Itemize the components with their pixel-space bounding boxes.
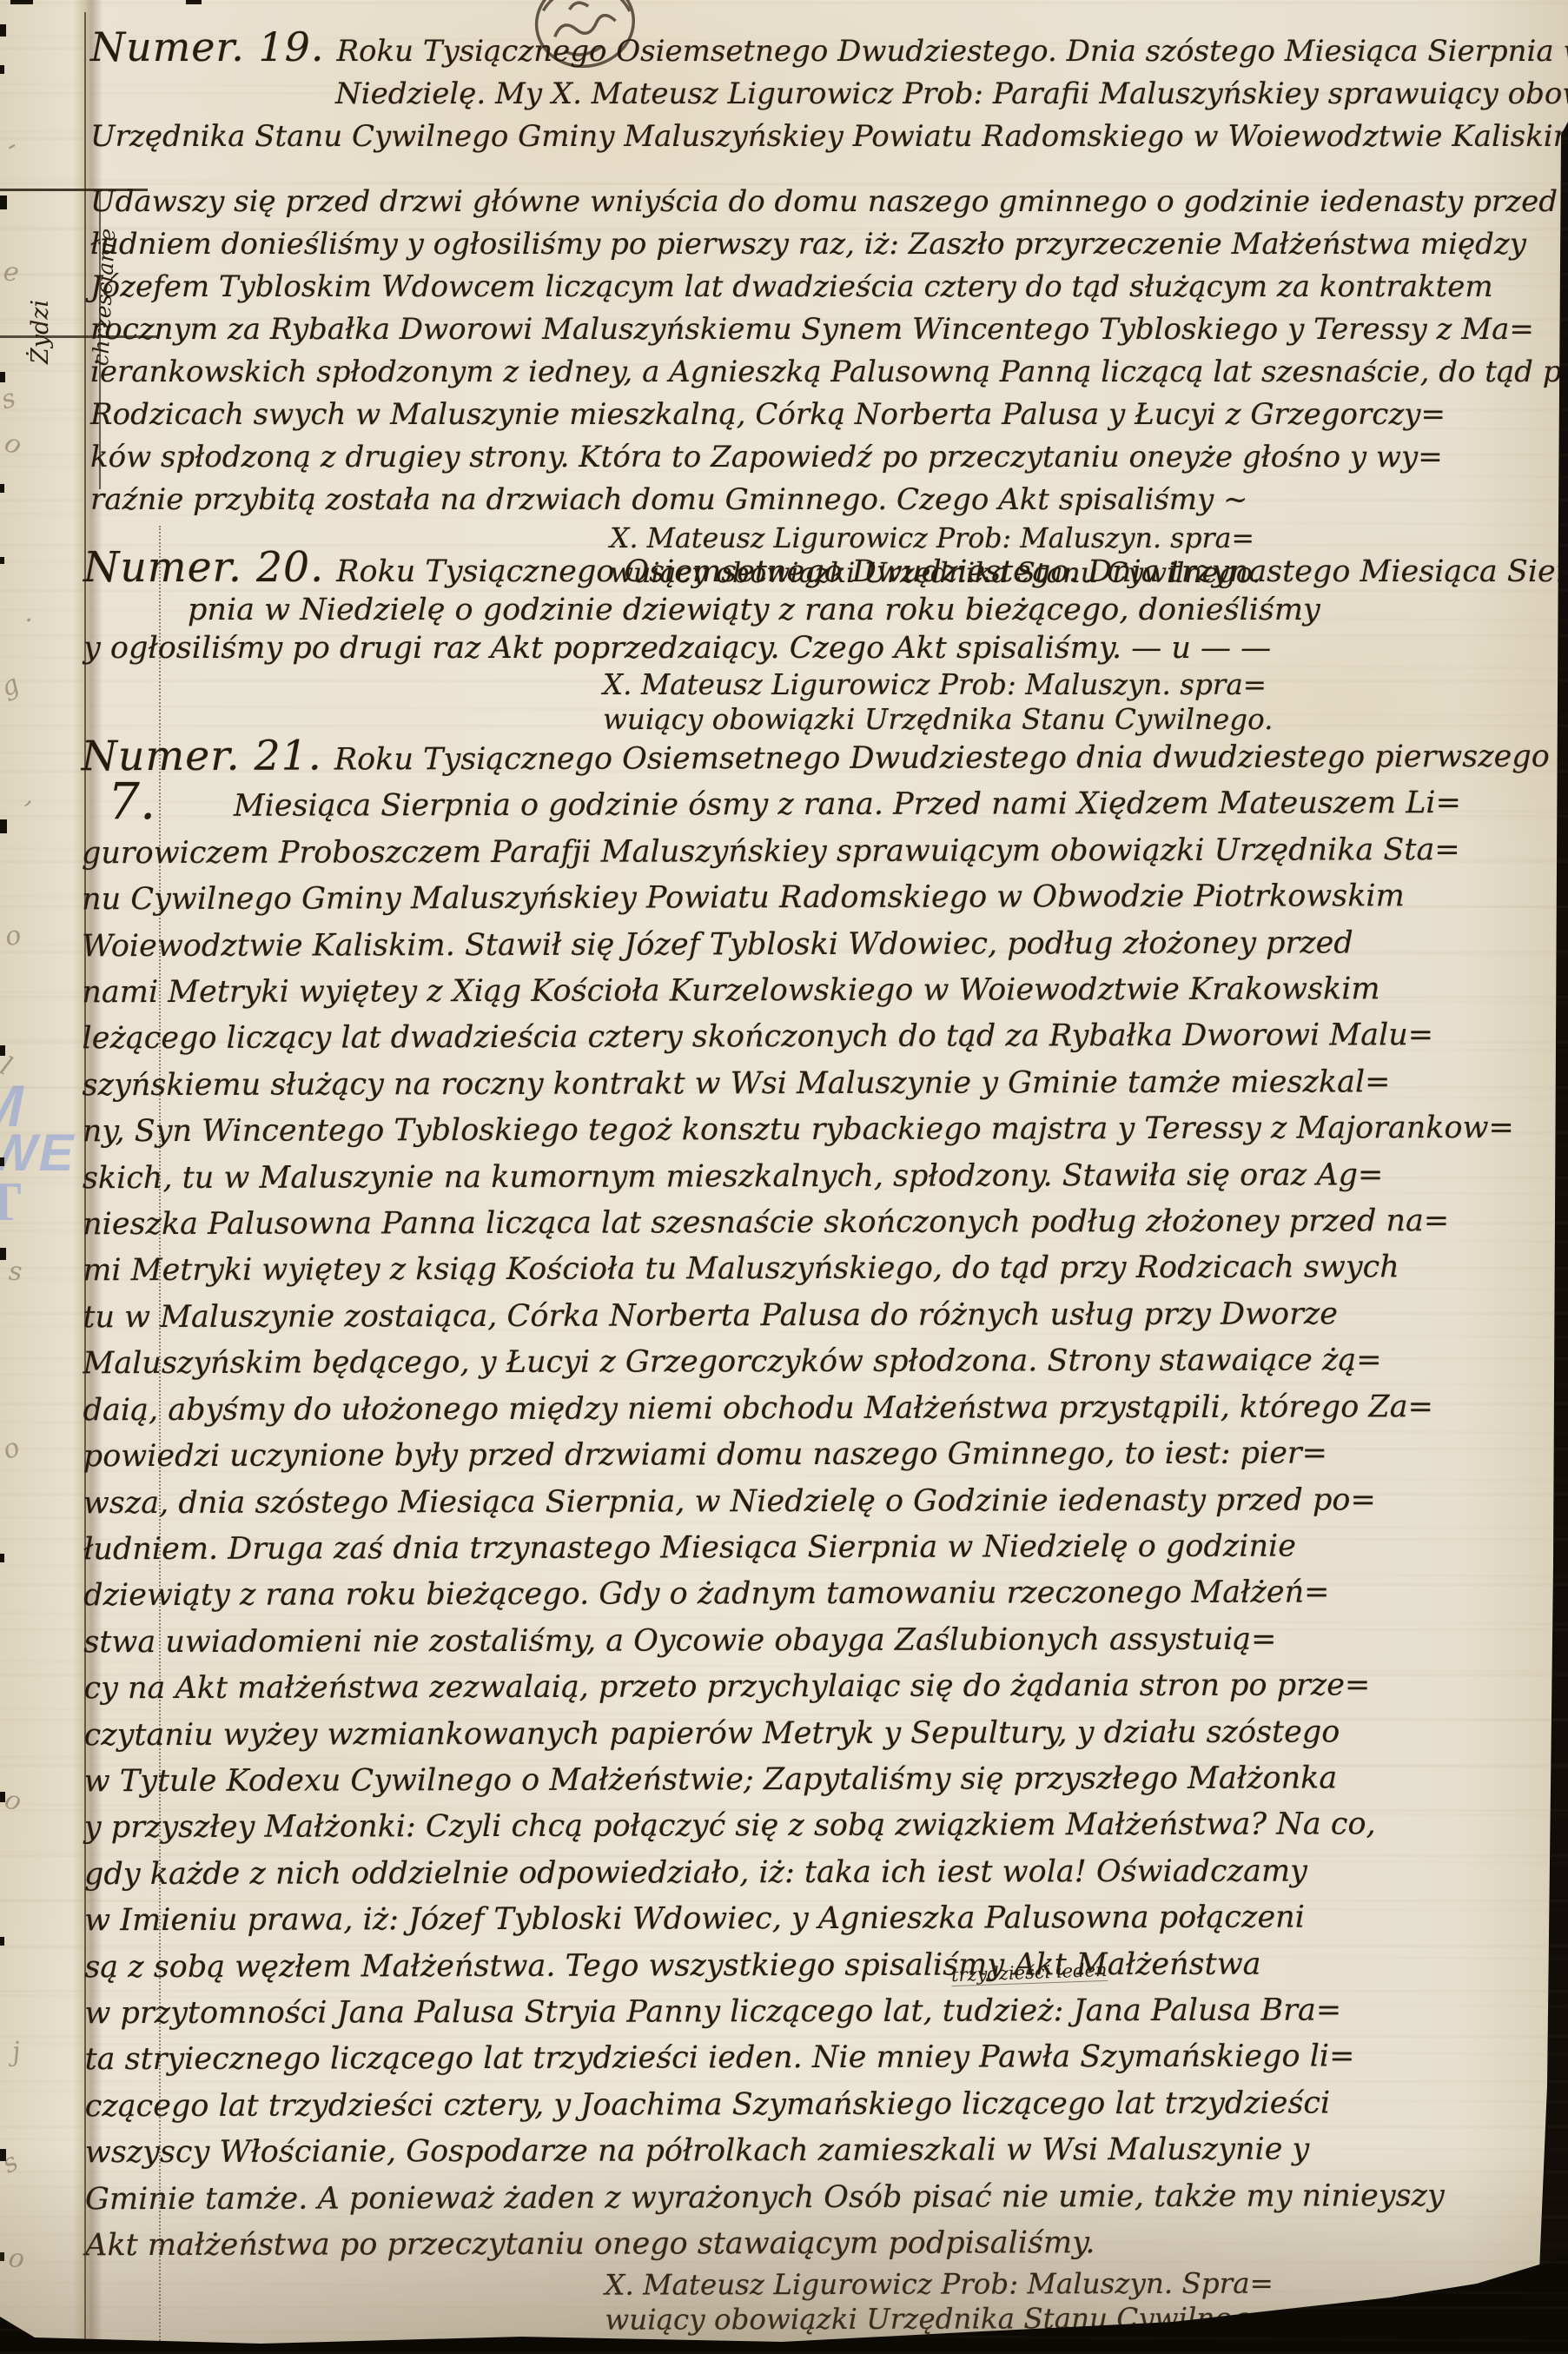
entry-number-label: Numer. 21.	[82, 732, 334, 780]
bleedthrough-glyph: o	[7, 2243, 27, 2275]
bleedthrough-glyph: o	[3, 920, 23, 953]
manuscript-line: cy na Akt małżeństwa zezwalaią, przeto p…	[83, 1662, 1560, 1713]
entry-number-label: Numer. 20.	[83, 544, 336, 592]
manuscript-line: ny, Syn Wincentego Tybloskiego tegoż kon…	[83, 1105, 1559, 1156]
manuscript-line: Józefem Tybloskim Wdowcem liczącym lat d…	[90, 266, 1567, 308]
bleedthrough-glyph: g	[0, 669, 24, 704]
manuscript-line: Gminie tamże. A ponieważ żaden z wyrażon…	[85, 2172, 1562, 2223]
manuscript-line: X. Mateusz Ligurowicz Prob: Maluszyn. sp…	[83, 667, 1560, 702]
manuscript-line: nu Cywilnego Gminy Maluszyńskiey Powiatu…	[82, 873, 1558, 924]
manuscript-line: czytaniu wyżey wzmiankowanych papierów M…	[84, 1708, 1561, 1759]
edge-tick	[0, 1554, 4, 1562]
manuscript-line: szyńskiemu służący na roczny kontrakt w …	[83, 1059, 1559, 1110]
entry-numer-20: Numer. 20.Roku Tysiącznego Osiemsetnego …	[83, 549, 1560, 737]
manuscript-line: czącego lat trzydzieści cztery, y Joachi…	[85, 2080, 1562, 2131]
manuscript-line: są z sobą węzłem Małżeństwa. Tego wszyst…	[84, 1940, 1561, 1991]
bleedthrough-glyph: e	[2, 256, 21, 288]
manuscript-line: łudniem donieśliśmy y ogłosiliśmy po pie…	[90, 223, 1567, 266]
bleedthrough-glyph: j	[10, 2037, 22, 2068]
manuscript-line: Niedzielę. My X. Mateusz Ligurowicz Prob…	[90, 73, 1567, 116]
edge-tick	[0, 1792, 5, 1802]
manuscript-line: ierankowskich spłodzonym z iedney, a Agn…	[90, 351, 1567, 394]
manuscript-line: Rodzicach swych w Maluszynie mieszkalną,…	[90, 394, 1567, 436]
manuscript-line: gurowiczem Proboszczem Parafji Maluszyńs…	[82, 827, 1558, 878]
margin-label-zydzi: Żydzi	[27, 300, 54, 364]
entry-number-label: Numer. 19.	[90, 23, 336, 70]
edge-tick	[0, 2149, 6, 2161]
manuscript-line: Maluszyńskim będącego, y Łucyi z Grzegor…	[83, 1337, 1559, 1388]
register-page: Żydzi chrzescianie 7. M WE T Numer. 19.R…	[0, 0, 1568, 2354]
watermark-fragment-3: T	[0, 1170, 23, 1234]
edge-tick	[0, 1937, 4, 1946]
manuscript-line: stwa uwiadomieni nie zostaliśmy, a Oycow…	[83, 1615, 1560, 1666]
manuscript-line: raźnie przybitą została na drzwiach domu…	[90, 479, 1567, 521]
edge-tick	[0, 1157, 4, 1166]
manuscript-line: łudniem. Druga zaś dnia trzynastego Mies…	[83, 1523, 1560, 1574]
top-edge-artifact	[186, 0, 202, 4]
manuscript-line: y ogłosiliśmy po drugi raz Akt poprzedza…	[83, 629, 1560, 667]
manuscript-line: tu w Maluszynie zostaiąca, Córka Norbert…	[83, 1291, 1559, 1342]
manuscript-line: X. Mateusz Ligurowicz Prob: Maluszyn. Sp…	[85, 2265, 1562, 2304]
edge-tick	[0, 819, 7, 833]
manuscript-line: w Tytule Kodexu Cywilnego o Małżeństwie;…	[84, 1755, 1561, 1806]
manuscript-line: Numer. 21.Roku Tysiącznego Osiemsetnego …	[82, 730, 1558, 785]
edge-tick	[0, 65, 4, 74]
bleedthrough-glyph: s	[8, 1257, 23, 1288]
edge-tick	[0, 24, 6, 36]
manuscript-line: ta stryiecznego liczącego lat trzydzieśc…	[85, 2033, 1562, 2084]
manuscript-line: nami Metryki wyiętey z Xiąg Kościoła Kur…	[82, 966, 1558, 1017]
edge-tick	[0, 1045, 5, 1056]
bleedthrough-glyph: -	[0, 130, 23, 161]
manuscript-line: w przytomności Jana Palusa Stryia Panny …	[84, 1987, 1561, 2038]
manuscript-line: mi Metryki wyiętey z ksiąg Kościoła tu M…	[83, 1244, 1559, 1295]
bleedthrough-glyph: o	[0, 428, 25, 461]
manuscript-line: Akt małżeństwa po przeczytaniu onego sta…	[85, 2219, 1562, 2270]
edge-tick	[0, 372, 5, 382]
entry-numer-21: Numer. 21.Roku Tysiącznego Osiemsetnego …	[82, 730, 1563, 2339]
manuscript-line: rocznym za Rybałka Dworowi Maluszyńskiem…	[90, 308, 1567, 351]
edge-tick	[0, 484, 4, 493]
manuscript-line: Miesiąca Sierpnia o godzinie ósmy z rana…	[82, 780, 1558, 831]
edge-tick	[0, 196, 7, 209]
bleedthrough-glyph: .	[23, 598, 33, 628]
manuscript-line: wszyscy Włościanie, Gospodarze na półrol…	[85, 2126, 1562, 2177]
manuscript-line: Numer. 20.Roku Tysiącznego Osiemsetnego …	[83, 549, 1560, 591]
entry-numer-19: Numer. 19.Roku Tysiącznego Osiemsetnego …	[90, 26, 1567, 591]
manuscript-line: leżącego liczący lat dwadzieścia cztery …	[82, 1012, 1558, 1063]
manuscript-line: wsza, dnia szóstego Miesiąca Sierpnia, w…	[83, 1476, 1560, 1527]
manuscript-line: daią, abyśmy do ułożonego między niemi o…	[83, 1383, 1560, 1434]
manuscript-line: Woiewodztwie Kaliskim. Stawił się Józef …	[82, 919, 1558, 970]
manuscript-line: pnia w Niedzielę o godzinie dziewiąty z …	[83, 591, 1560, 629]
manuscript-line: powiedzi uczynione były przed drzwiami d…	[83, 1430, 1560, 1481]
edge-tick	[0, 557, 4, 564]
edge-tick	[0, 2252, 4, 2261]
manuscript-line: w Imieniu prawa, iż: Józef Tybloski Wdow…	[84, 1894, 1561, 1945]
manuscript-line: Udawszy się przed drzwi główne wniyścia …	[90, 181, 1567, 223]
manuscript-line: Numer. 19.Roku Tysiącznego Osiemsetnego …	[90, 26, 1567, 73]
manuscript-line: skich, tu w Maluszynie na kumornym miesz…	[83, 1151, 1559, 1202]
manuscript-line: nieszka Palusowna Panna licząca lat szes…	[83, 1198, 1559, 1249]
manuscript-line: y przyszłey Małżonki: Czyli chcą połączy…	[84, 1801, 1561, 1852]
manuscript-line: dziewiąty z rana roku bieżącego. Gdy o ż…	[83, 1569, 1560, 1620]
edge-tick	[0, 1248, 6, 1260]
manuscript-line: ków spłodzoną z drugiey strony. Która to…	[90, 436, 1567, 479]
top-edge-artifact	[10, 0, 33, 4]
bleedthrough-glyph: ,	[23, 779, 37, 811]
manuscript-line: Urzędnika Stanu Cywilnego Gminy Maluszyń…	[90, 116, 1567, 158]
bleedthrough-glyph: s	[0, 383, 19, 416]
bleedthrough-glyph: o	[0, 1432, 24, 1466]
manuscript-line: gdy każde z nich oddzielnie odpowiedział…	[84, 1848, 1561, 1899]
